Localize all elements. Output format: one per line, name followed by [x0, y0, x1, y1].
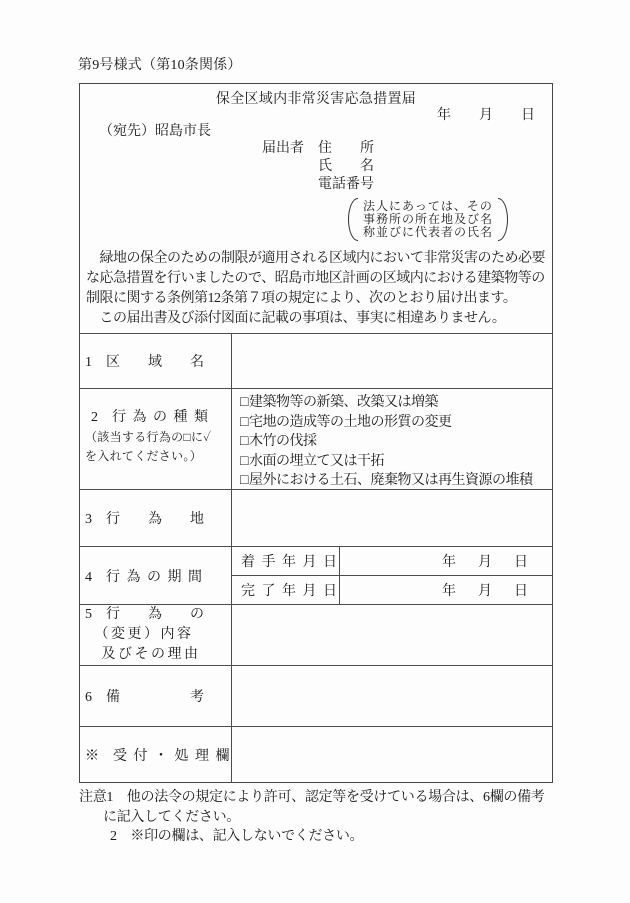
region-name-label-cell: 1 区 域 名 [80, 334, 232, 388]
left-paren-bracket-icon [348, 198, 358, 241]
region-name-input-cell[interactable] [232, 334, 552, 388]
start-date-row: 着 手 年 月 日 年 月 日 [232, 547, 552, 575]
action-site-label-cell: 3 行 為 地 [80, 490, 232, 546]
table-row-action-site: 3 行 為 地 [80, 489, 552, 546]
checkbox-option[interactable]: □ 屋外における土石、廃棄物又は再生資源の堆積 [240, 471, 552, 491]
checkbox-icon[interactable]: □ [240, 471, 248, 491]
action-change-label-line: 及びその理由 [85, 645, 231, 665]
checkbox-option-label: 水面の埋立て又は干拓 [249, 452, 384, 472]
action-period-value-cell: 着 手 年 月 日 年 月 日 完 了 年 月 日 年 月 日 [232, 547, 552, 604]
end-date-row: 完 了 年 月 日 年 月 日 [232, 575, 552, 604]
office-use-label-cell: ※ 受 付 ・ 処 理 欄 [80, 727, 232, 782]
table-row-action-period: 4 行 為 の 期 間 着 手 年 月 日 年 月 日 完 了 年 月 日 年 … [80, 546, 552, 604]
paragraph-line: 制限に関する条例第12条第７項の規定により、次のとおり届け出ます。 [86, 289, 545, 309]
action-type-options-cell: □ 建築物等の新築、改築又は増築 □ 宅地の造成等の土地の形質の変更 □ 木竹の… [232, 389, 552, 489]
office-use-label: ※ 受 付 ・ 処 理 欄 [85, 745, 231, 765]
paragraph-line: な応急措置を行いましたので、昭島市地区計画の区域内における建築物等の [86, 269, 545, 289]
checkbox-icon[interactable]: □ [240, 413, 248, 433]
checkbox-icon[interactable]: □ [240, 432, 248, 452]
action-change-label-line: 5 行 為 の [85, 605, 231, 625]
recipient-line: （宛先）昭島市長 [99, 120, 211, 140]
table-row-action-type: 2 行 為 の 種 類 （該当する行為の□に✓ を入れてください。） □ 建築物… [80, 388, 552, 489]
checkbox-icon[interactable]: □ [240, 452, 248, 472]
checkbox-option-list: □ 建築物等の新築、改築又は増築 □ 宅地の造成等の土地の形質の変更 □ 木竹の… [232, 389, 552, 491]
note-line: 2 ※印の欄は、記入しないでください。 [79, 827, 579, 847]
action-period-label-cell: 4 行 為 の 期 間 [80, 547, 232, 604]
declarant-address-line[interactable]: 届出者 住 所 [262, 140, 374, 158]
checkbox-option-label: 建築物等の新築、改築又は増築 [249, 393, 438, 413]
action-type-subnote-line: （該当する行為の□に✓ [85, 428, 231, 447]
remarks-label: 6 備 考 [85, 686, 231, 706]
action-change-input-cell[interactable] [232, 605, 552, 665]
notes-block: 注意1 他の法令の規定により許可、認定等を受けている場合は、6欄の備考 に記入し… [79, 788, 579, 847]
note-line: 注意1 他の法令の規定により許可、認定等を受けている場合は、6欄の備考 [79, 788, 579, 808]
start-date-input-cell[interactable]: 年 月 日 [340, 547, 552, 575]
corporate-note-text: 法人にあっては、その 事務所の所在地及び名 称並びに代表者の氏名 [363, 198, 493, 241]
checkbox-option-label: 宅地の造成等の土地の形質の変更 [249, 413, 452, 433]
declarant-block: 届出者 住 所 氏 名 電話番号 [262, 140, 374, 194]
table-row-region-name: 1 区 域 名 [80, 333, 552, 388]
remarks-input-cell[interactable] [232, 666, 552, 726]
checkbox-option[interactable]: □ 宅地の造成等の土地の形質の変更 [240, 413, 552, 433]
office-use-cell [232, 727, 552, 782]
form-table: 1 区 域 名 2 行 為 の 種 類 （該当する行為の□に✓ を入れてください… [80, 333, 552, 782]
action-type-subnote-line: を入れてください。） [85, 447, 231, 466]
action-period-label: 4 行 為 の 期 間 [85, 566, 231, 586]
action-site-input-cell[interactable] [232, 490, 552, 546]
checkbox-option[interactable]: □ 木竹の伐採 [240, 432, 552, 452]
right-paren-bracket-icon [498, 198, 508, 241]
action-change-label-line: （変更）内容 [85, 625, 231, 645]
table-row-office-use: ※ 受 付 ・ 処 理 欄 [80, 726, 552, 782]
checkbox-option[interactable]: □ 建築物等の新築、改築又は増築 [240, 393, 552, 413]
action-type-label: 2 行 為 の 種 類 [91, 407, 231, 428]
declarant-name-line[interactable]: 氏 名 [262, 158, 374, 176]
date-line[interactable]: 年 月 日 [437, 104, 535, 124]
end-date-label: 完 了 年 月 日 [232, 576, 340, 604]
checkbox-option[interactable]: □ 水面の埋立て又は干拓 [240, 452, 552, 472]
action-type-label-cell: 2 行 為 の 種 類 （該当する行為の□に✓ を入れてください。） [80, 389, 232, 489]
table-row-remarks: 6 備 考 [80, 665, 552, 726]
end-date-input-cell[interactable]: 年 月 日 [340, 576, 552, 604]
form-box: 保全区域内非常災害応急措置届 年 月 日 （宛先）昭島市長 届出者 住 所 氏 … [79, 83, 553, 783]
corporate-note-line: 称並びに代表者の氏名 [363, 226, 493, 239]
region-name-label: 1 区 域 名 [85, 351, 231, 371]
declarant-phone-line[interactable]: 電話番号 [262, 176, 374, 194]
checkbox-icon[interactable]: □ [240, 393, 248, 413]
note-line: に記入してください。 [79, 808, 579, 828]
paragraph-line: 緑地の保全のための制限が適用される区域内において非常災害のため必要 [86, 249, 545, 269]
start-date-label: 着 手 年 月 日 [232, 547, 340, 575]
checkbox-option-label: 屋外における土石、廃棄物又は再生資源の堆積 [249, 471, 533, 491]
corporate-note: 法人にあっては、その 事務所の所在地及び名 称並びに代表者の氏名 [348, 198, 508, 241]
paragraph-line: この届出書及び添付図面に記載の事項は、事実に相違ありません。 [86, 309, 545, 329]
declaration-paragraph: 緑地の保全のための制限が適用される区域内において非常災害のため必要 な応急措置を… [86, 249, 545, 329]
form-number-label: 第9号様式（第10条関係） [78, 54, 242, 74]
action-change-label-cell: 5 行 為 の （変更）内容 及びその理由 [80, 605, 232, 665]
checkbox-option-label: 木竹の伐採 [249, 432, 317, 452]
remarks-label-cell: 6 備 考 [80, 666, 232, 726]
table-row-action-change-detail: 5 行 為 の （変更）内容 及びその理由 [80, 604, 552, 665]
action-site-label: 3 行 為 地 [85, 508, 231, 528]
